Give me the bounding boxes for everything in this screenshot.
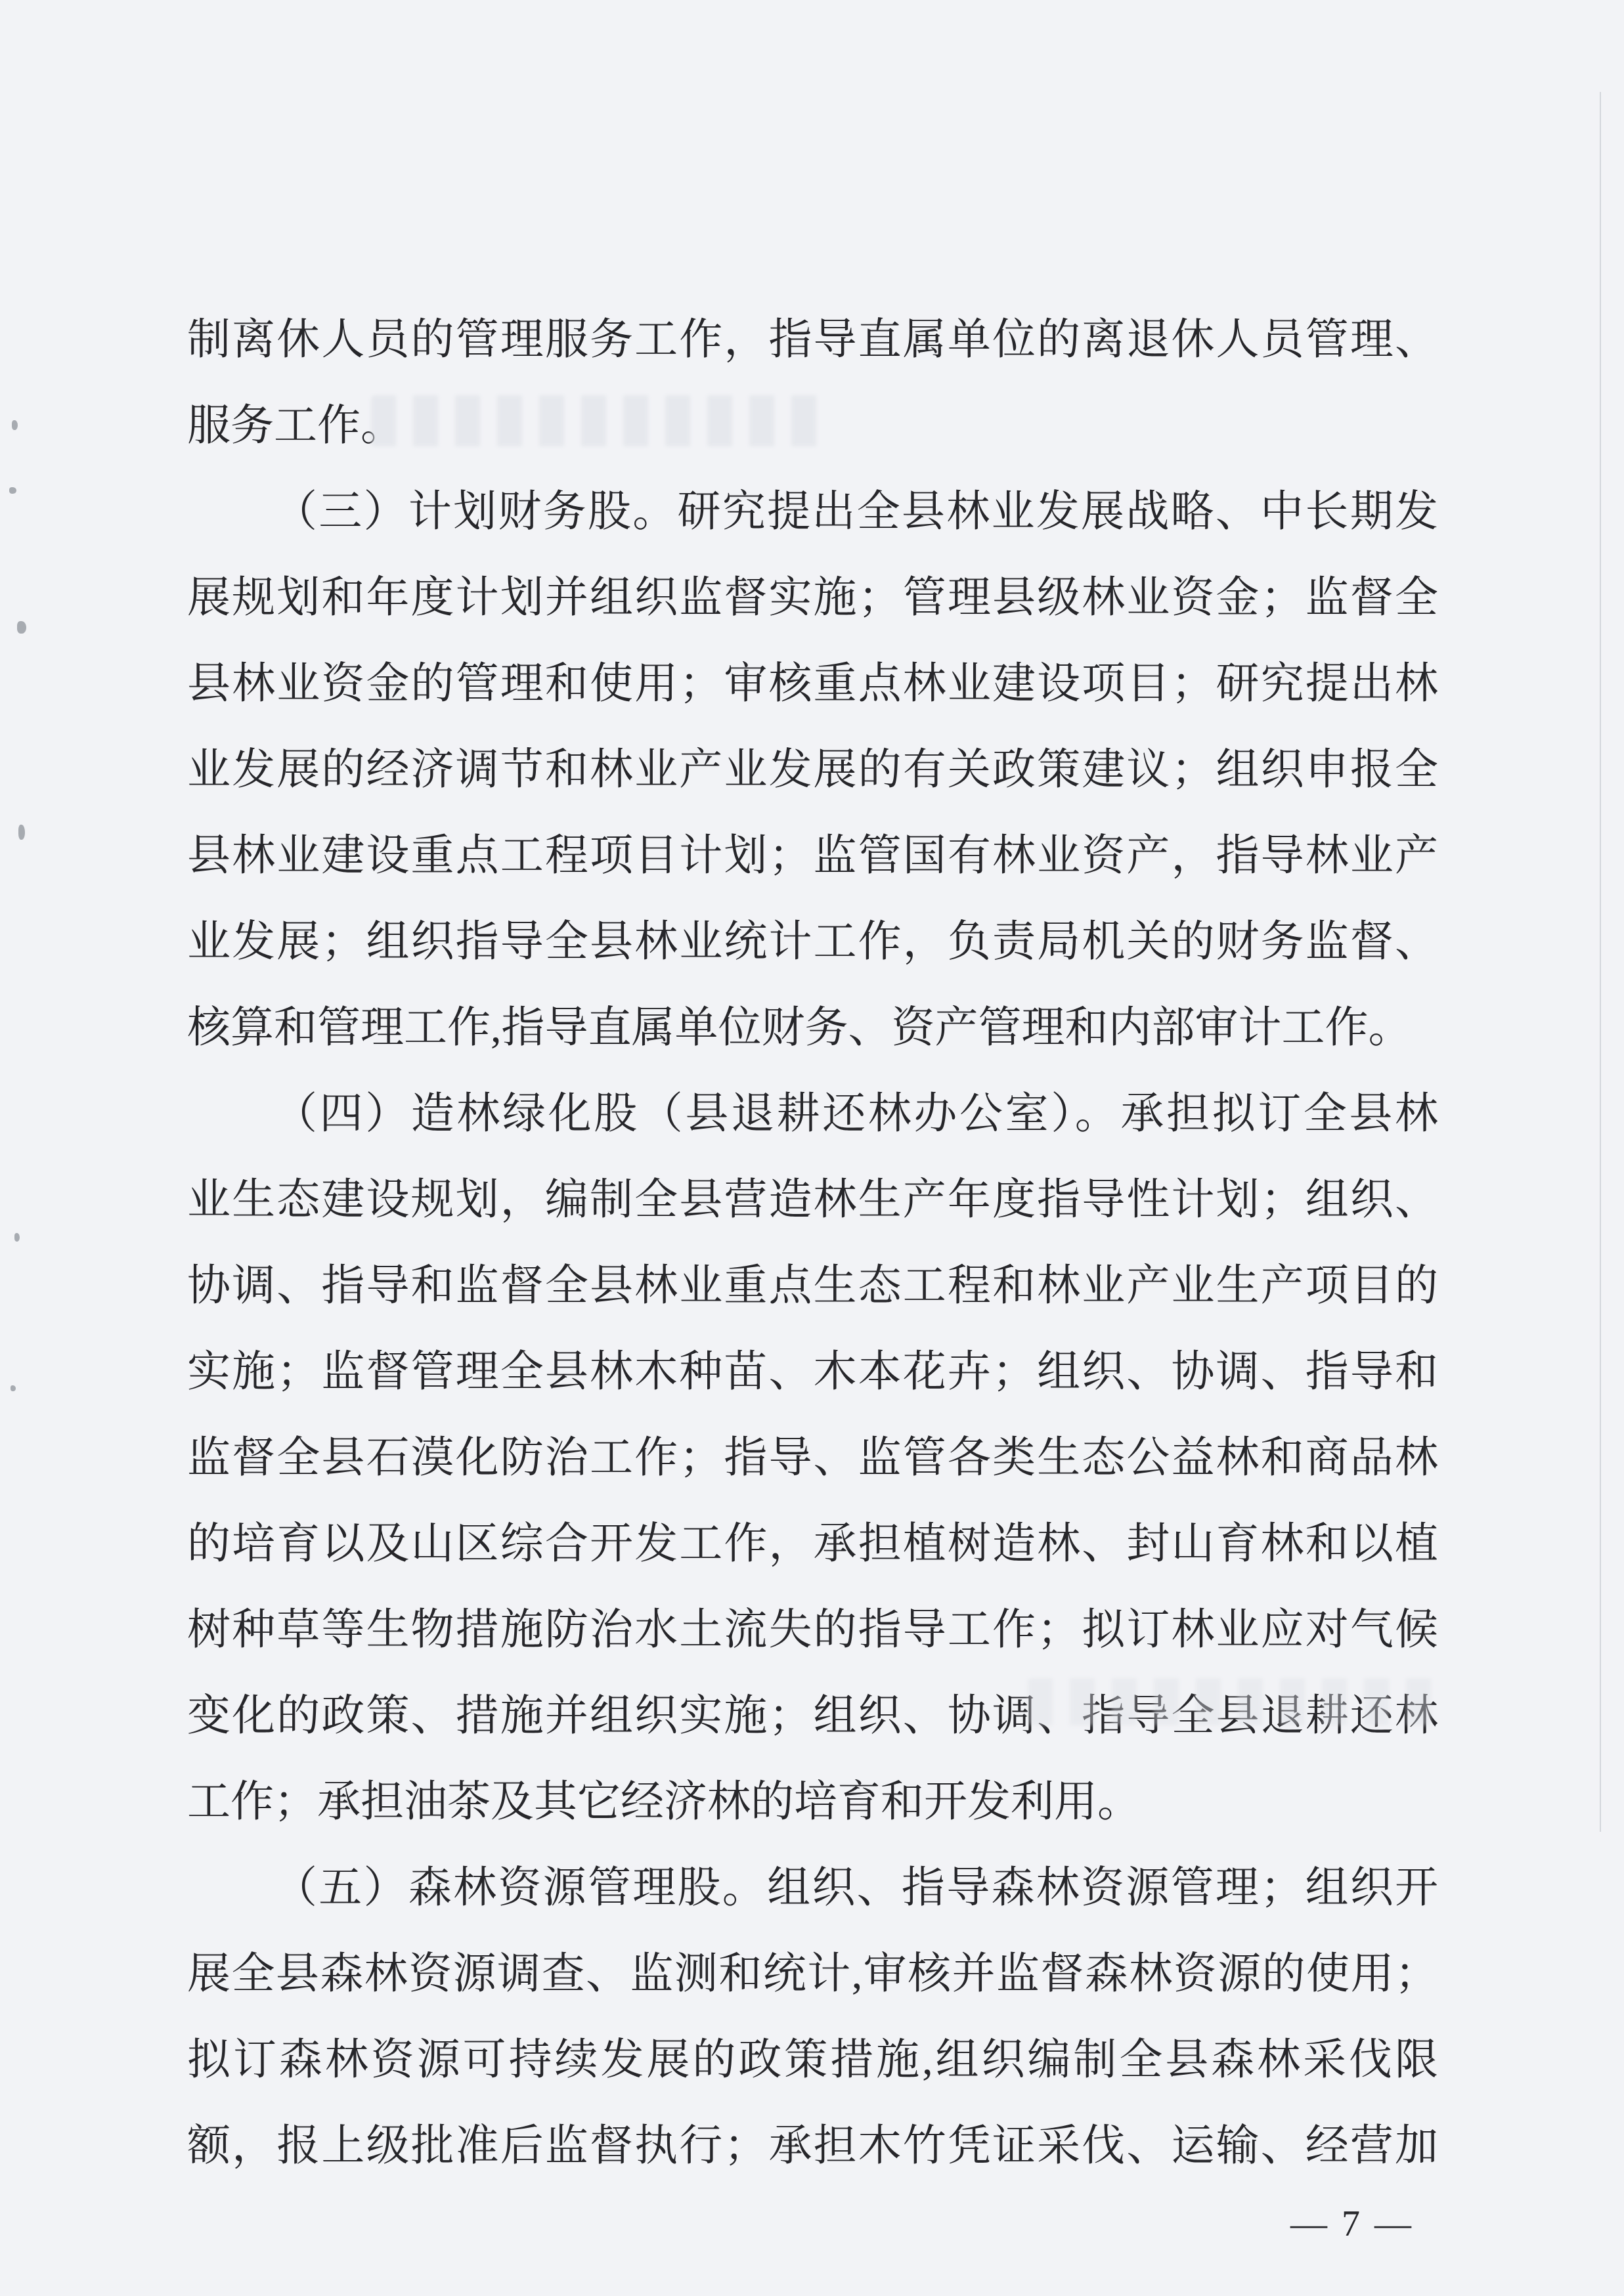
text-line: 展全县森林资源调查、监测和统计,审核并监督森林资源的使用； <box>187 1931 1438 2017</box>
scan-speck <box>12 420 18 430</box>
text-line: 的培育以及山区综合开发工作，承担植树造林、封山育林和以植 <box>187 1501 1438 1587</box>
text-line: 树种草等生物措施防治水土流失的指导工作；拟订林业应对气候 <box>187 1587 1438 1673</box>
scan-speck <box>18 825 25 840</box>
scan-speck <box>11 1385 16 1391</box>
text-line: 协调、指导和监督全县林业重点生态工程和林业产业生产项目的 <box>187 1243 1438 1329</box>
scan-speck <box>14 1233 20 1242</box>
text-line: （三）计划财务股。研究提出全县林业发展战略、中长期发 <box>187 469 1438 555</box>
scan-speck <box>9 487 16 494</box>
text-line: 额，报上级批准后监督执行；承担木竹凭证采伐、运输、经营加 <box>187 2103 1438 2189</box>
text-line: 展规划和年度计划并组织监督实施；管理县级林业资金；监督全 <box>187 555 1438 641</box>
text-line: 工作；承担油茶及其它经济林的培育和开发利用。 <box>187 1759 1438 1845</box>
text-line: 核算和管理工作,指导直属单位财务、资产管理和内部审计工作。 <box>187 985 1438 1071</box>
document-page: 制离休人员的管理服务工作，指导直属单位的离退休人员管理、服务工作。（三）计划财务… <box>0 0 1624 2296</box>
text-line: 拟订森林资源可持续发展的政策措施,组织编制全县森林采伐限 <box>187 2017 1438 2103</box>
text-line: 县林业建设重点工程项目计划；监管国有林业资产，指导林业产 <box>187 813 1438 899</box>
text-line: （五）森林资源管理股。组织、指导森林资源管理；组织开 <box>187 1845 1438 1931</box>
scan-speck <box>17 621 26 634</box>
text-line: 业生态建设规划，编制全县营造林生产年度指导性计划；组织、 <box>187 1157 1438 1243</box>
text-line: 业发展的经济调节和林业产业发展的有关政策建议；组织申报全 <box>187 727 1438 813</box>
scan-bleedthrough-smudge <box>371 395 824 446</box>
text-line: 制离休人员的管理服务工作，指导直属单位的离退休人员管理、 <box>187 297 1438 383</box>
text-line: 监督全县石漠化防治工作；指导、监管各类生态公益林和商品林 <box>187 1415 1438 1501</box>
text-line: 实施；监督管理全县林木种苗、木本花卉；组织、协调、指导和 <box>187 1329 1438 1415</box>
page-number: — 7 — <box>1290 2201 1414 2247</box>
scan-bleedthrough-smudge <box>1028 1678 1435 1725</box>
text-line: 县林业资金的管理和使用；审核重点林业建设项目；研究提出林 <box>187 641 1438 727</box>
text-line: 业发展；组织指导全县林业统计工作，负责局机关的财务监督、 <box>187 899 1438 985</box>
scan-page-edge <box>1600 92 1601 1832</box>
document-text-block: 制离休人员的管理服务工作，指导直属单位的离退休人员管理、服务工作。（三）计划财务… <box>187 297 1438 2189</box>
text-line: （四）造林绿化股（县退耕还林办公室）。承担拟订全县林 <box>187 1071 1438 1157</box>
